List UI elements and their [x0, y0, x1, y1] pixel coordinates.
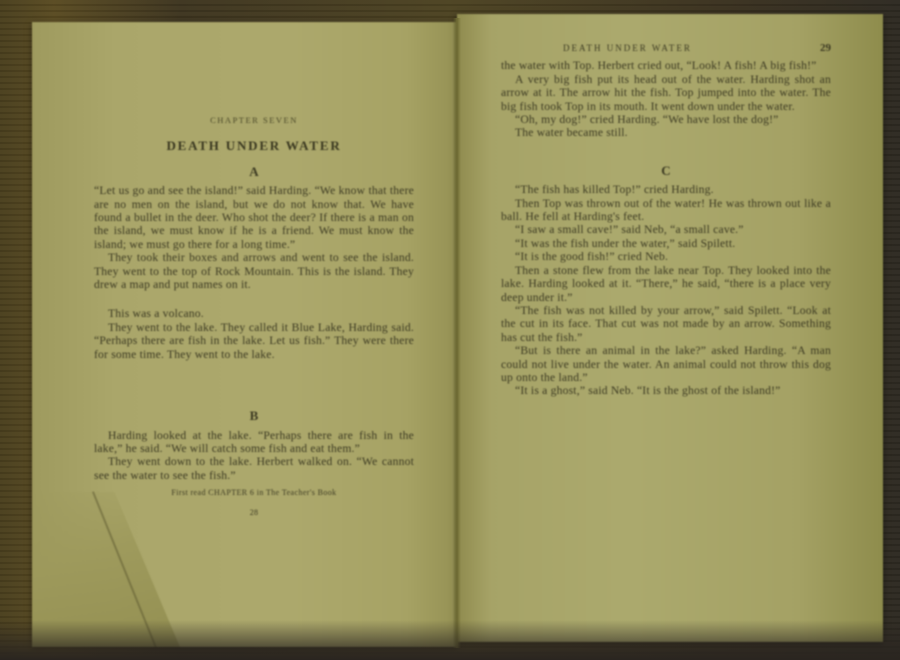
left-page-number: 28 [94, 506, 414, 519]
section-marker-a: A [94, 165, 414, 178]
paragraph: the water with Top. Herbert cried out, “… [501, 59, 831, 72]
running-head: DEATH UNDER WATER 29 [501, 42, 831, 55]
paragraph: “Let us go and see the island!” said Har… [94, 184, 414, 251]
right-page: DEATH UNDER WATER 29 the water with Top.… [457, 14, 883, 642]
paragraph: This was a volcano. [94, 307, 414, 320]
paragraph: “The fish has killed Top!” cried Harding… [501, 183, 831, 196]
left-page: CHAPTER SEVEN DEATH UNDER WATER A “Let u… [32, 22, 457, 647]
left-page-text: CHAPTER SEVEN DEATH UNDER WATER A “Let u… [94, 114, 414, 519]
paragraph: “Oh, my dog!” cried Harding. “We have lo… [501, 113, 831, 126]
paragraph: The water became still. [501, 126, 831, 139]
running-head-title: DEATH UNDER WATER [563, 42, 692, 55]
paragraph: Then Top was thrown out of the water! He… [501, 197, 831, 224]
book-gutter [453, 18, 461, 648]
paragraph: “The fish was not killed by your arrow,”… [501, 304, 831, 344]
paragraph: “It was the fish under the water,” said … [501, 237, 831, 250]
paragraph: “It is a ghost,” said Neb. “It is the gh… [501, 384, 831, 397]
paragraph: “I saw a small cave!” said Neb, “a small… [501, 223, 831, 236]
section-marker-b: B [94, 409, 414, 422]
paragraph: They took their boxes and arrows and wen… [94, 251, 414, 291]
table-shadow [0, 620, 900, 660]
paragraph: Harding looked at the lake. “Perhaps the… [94, 429, 414, 456]
section-marker-c: C [501, 164, 831, 177]
paragraph: Then a stone flew from the lake near Top… [501, 264, 831, 304]
right-page-number: 29 [820, 42, 831, 55]
chapter-label: CHAPTER SEVEN [94, 114, 414, 127]
right-page-text: DEATH UNDER WATER 29 the water with Top.… [501, 42, 831, 398]
footnote: First read CHAPTER 6 in The Teacher's Bo… [94, 486, 414, 499]
paragraph: They went to the lake. They called it Bl… [94, 321, 414, 361]
paragraph: They went down to the lake. Herbert walk… [94, 455, 414, 482]
chapter-title: DEATH UNDER WATER [94, 139, 414, 152]
paragraph: “But is there an animal in the lake?” as… [501, 344, 831, 384]
paragraph: “It is the good fish!” cried Neb. [501, 250, 831, 263]
paragraph: A very big fish put its head out of the … [501, 73, 831, 113]
